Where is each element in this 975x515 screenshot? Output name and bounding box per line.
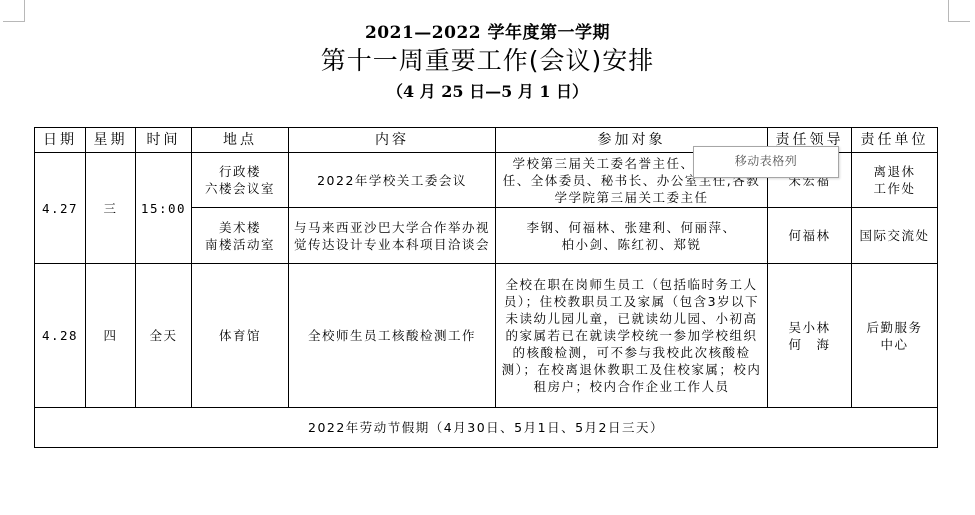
cell-content[interactable]: 全校师生员工核酸检测工作 bbox=[289, 264, 496, 408]
cell-leader[interactable]: 何福林 bbox=[768, 208, 852, 264]
cell-unit[interactable]: 后勤服务 中心 bbox=[852, 264, 938, 408]
cell-location[interactable]: 行政楼 六楼会议室 bbox=[192, 153, 289, 208]
column-header-content[interactable]: 内容 bbox=[289, 128, 496, 153]
cell-participants[interactable]: 李钢、何福林、张建利、何丽萍、 柏小剑、陈红初、郑锐 bbox=[496, 208, 768, 264]
cell-unit[interactable]: 国际交流处 bbox=[852, 208, 938, 264]
table-footer-row: 2022年劳动节假期（4月30日、5月1日、5月2日三天） bbox=[35, 408, 938, 448]
column-header-weekday[interactable]: 星期 bbox=[86, 128, 136, 153]
cell-location[interactable]: 体育馆 bbox=[192, 264, 289, 408]
page-title: 第十一周重要工作(会议)安排 bbox=[0, 44, 975, 78]
cell-date[interactable]: 4.28 bbox=[35, 264, 86, 408]
cell-leader[interactable]: 吴小林 何 海 bbox=[768, 264, 852, 408]
cell-time[interactable]: 全天 bbox=[136, 264, 192, 408]
column-header-date[interactable]: 日期 bbox=[35, 128, 86, 153]
document-header: 2021—2022 学年度第一学期 第十一周重要工作(会议)安排 （4 月 25… bbox=[0, 22, 975, 104]
cell-unit[interactable]: 离退休 工作处 bbox=[852, 153, 938, 208]
academic-term: 2021—2022 学年度第一学期 bbox=[0, 22, 975, 44]
cell-participants[interactable]: 全校在职在岗师生员工（包括临时务工人员）；住校教职员工及家属（包含3岁以下未读幼… bbox=[496, 264, 768, 408]
cell-location[interactable]: 美术楼 南楼活动室 bbox=[192, 208, 289, 264]
cell-content[interactable]: 与马来西亚沙巴大学合作举办视觉传达设计专业本科项目洽谈会 bbox=[289, 208, 496, 264]
column-header-time[interactable]: 时间 bbox=[136, 128, 192, 153]
column-header-unit[interactable]: 责任单位 bbox=[852, 128, 938, 153]
cell-time[interactable]: 15:00 bbox=[136, 153, 192, 264]
cell-content[interactable]: 2022年学校关工委会议 bbox=[289, 153, 496, 208]
cell-weekday[interactable]: 三 bbox=[86, 153, 136, 264]
date-range: （4 月 25 日—5 月 1 日） bbox=[0, 80, 975, 104]
page-margin-corner-top-left bbox=[3, 0, 25, 22]
cell-date[interactable]: 4.27 bbox=[35, 153, 86, 264]
holiday-note[interactable]: 2022年劳动节假期（4月30日、5月1日、5月2日三天） bbox=[35, 408, 938, 448]
table-row: 4.28 四 全天 体育馆 全校师生员工核酸检测工作 全校在职在岗师生员工（包括… bbox=[35, 264, 938, 408]
cell-weekday[interactable]: 四 bbox=[86, 264, 136, 408]
move-table-column-tooltip[interactable]: 移动表格列 bbox=[693, 146, 839, 178]
page-margin-corner-top-right bbox=[948, 0, 970, 22]
column-header-location[interactable]: 地点 bbox=[192, 128, 289, 153]
